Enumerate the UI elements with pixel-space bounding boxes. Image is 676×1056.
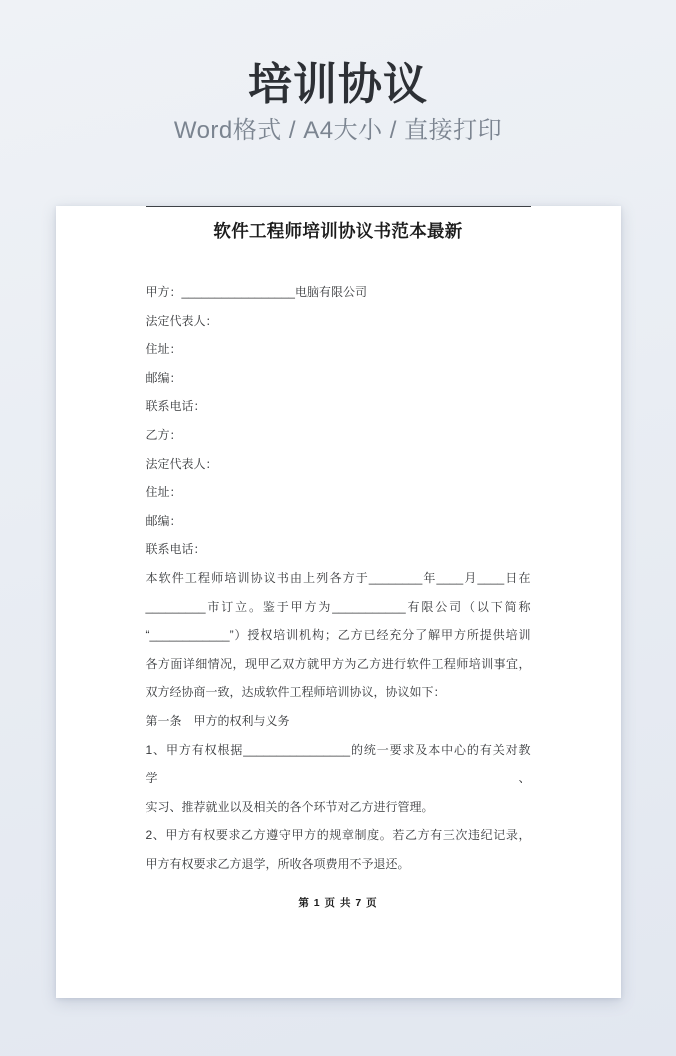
paragraph: 本软件工程师培训协议书由上列各方于________年____月____日在___… (146, 564, 531, 707)
text-line: 本软件工程师培训协议书由上列各方于________年____月____日在 (146, 564, 531, 593)
text-line: _________市订立。鉴于甲方为___________有限公司（以下简称 (146, 593, 531, 622)
text-line: 第一条 甲方的权利与义务 (146, 707, 531, 736)
party-info-line: 法定代表人： (146, 450, 531, 479)
document-page: 软件工程师培训协议书范本最新 甲方：_________________电脑有限公… (56, 206, 621, 998)
document-title: 软件工程师培训协议书范本最新 (146, 220, 531, 242)
text-line: “____________”）授权培训机构；乙方已经充分了解甲方所提供培训 (146, 621, 531, 650)
party-info-line: 联系电话： (146, 392, 531, 421)
party-info-line: 联系电话： (146, 535, 531, 564)
party-info-line: 邮编： (146, 507, 531, 536)
page-background: 培训协议 Word格式 / A4大小 / 直接打印 软件工程师培训协议书范本最新… (0, 0, 676, 1056)
text-line: 甲方有权要求乙方退学，所收各项费用不予退还。 (146, 850, 531, 879)
text-line: 各方面详细情况，现甲乙双方就甲方为乙方进行软件工程师培训事宜， (146, 650, 531, 679)
paragraph: 第一条 甲方的权利与义务 (146, 707, 531, 736)
text-line: 实习、推荐就业以及相关的各个环节对乙方进行管理。 (146, 793, 531, 822)
party-info-line: 甲方：_________________电脑有限公司 (146, 278, 531, 307)
paragraph: 1、甲方有权根据________________的统一要求及本中心的有关对教学、… (146, 736, 531, 822)
page-header: 培训协议 Word格式 / A4大小 / 直接打印 (0, 0, 676, 145)
page-subtitle: Word格式 / A4大小 / 直接打印 (0, 117, 676, 145)
page-title: 培训协议 (0, 60, 676, 110)
party-info-line: 乙方： (146, 421, 531, 450)
text-line: 2、甲方有权要求乙方遵守甲方的规章制度。若乙方有三次违纪记录， (146, 821, 531, 850)
party-info-line: 邮编： (146, 364, 531, 393)
party-info-line: 住址： (146, 478, 531, 507)
party-info-line: 法定代表人： (146, 307, 531, 336)
text-line: 双方经协商一致，达成软件工程师培训协议，协议如下： (146, 678, 531, 707)
paragraph: 2、甲方有权要求乙方遵守甲方的规章制度。若乙方有三次违纪记录，甲方有权要求乙方退… (146, 821, 531, 878)
party-info-line: 住址： (146, 335, 531, 364)
page-number: 第 1 页 共 7 页 (146, 895, 531, 911)
title-divider (146, 206, 531, 207)
party-info-list: 甲方：_________________电脑有限公司法定代表人：住址：邮编：联系… (146, 278, 531, 564)
text-line: 1、甲方有权根据________________的统一要求及本中心的有关对教学、 (146, 736, 531, 793)
document-body: 本软件工程师培训协议书由上列各方于________年____月____日在___… (146, 564, 531, 879)
